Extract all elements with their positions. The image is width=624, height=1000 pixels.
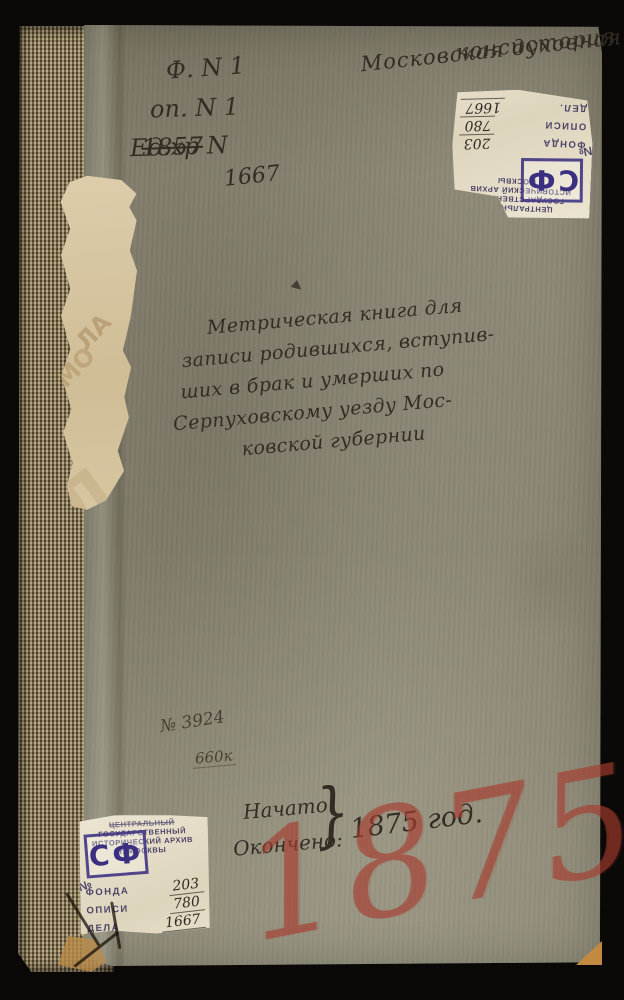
- delo-row-value: 1667: [461, 98, 505, 116]
- pencil-price-note: 660к: [191, 746, 236, 769]
- opis-row-value: 780: [460, 116, 495, 134]
- book-cover-photo: ЛА МО Д Московская духовная консистория …: [0, 0, 624, 1000]
- sf-stamp: СФ: [83, 830, 148, 879]
- fond-row-label: ФОНДА: [86, 886, 130, 899]
- fond-number: Ф. N 1: [165, 51, 246, 84]
- archive-label-rows: ФОНДА 203 ОПИСИ 780 ДЕЛА 1667: [85, 875, 205, 934]
- opis-row-label: ОПИСИ: [86, 904, 129, 917]
- fond-row-label: ФОНДА: [542, 137, 586, 150]
- archive-label-bottom: ЦЕНТРАЛЬНЫЙ ГОСУДАРСТВЕННЫЙ ИСТОРИЧЕСКИЙ…: [75, 811, 212, 937]
- archive-label-rows: ФОНДА 203 ОПИСИ 780 ДЕЛ. 1667: [459, 97, 587, 156]
- faint-smudge: [498, 520, 598, 640]
- opis-number: оп. N 1: [150, 92, 240, 123]
- book-title-inscription: Метрическая книга для записи родившихся,…: [164, 288, 506, 471]
- fond-row-value: 203: [459, 134, 494, 152]
- delo-row-label: ДЕЛ.: [558, 102, 587, 114]
- item-number-line: Ед.хр N1857: [130, 132, 204, 163]
- opis-row-label: ОПИСИ: [544, 119, 587, 132]
- sf-stamp: СФ: [521, 158, 583, 203]
- item-number-label: Ед.хр N: [130, 131, 229, 162]
